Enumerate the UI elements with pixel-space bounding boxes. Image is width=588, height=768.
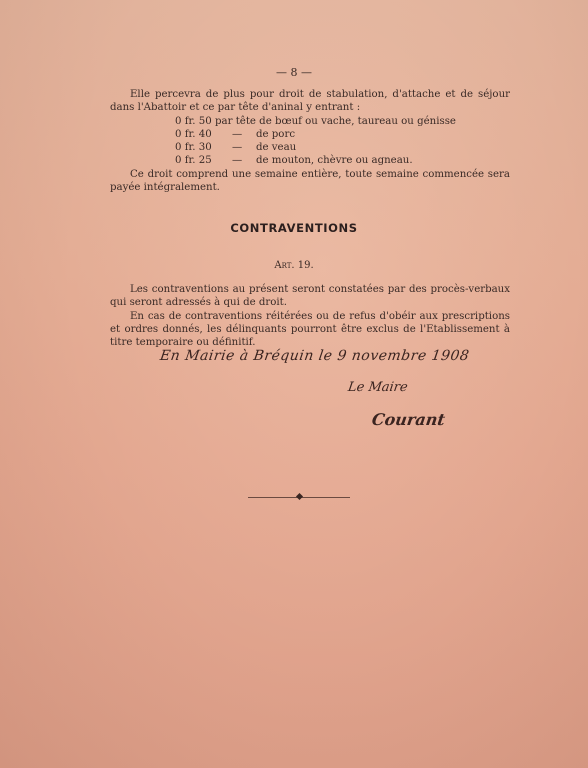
fee-amount: 0 fr. 40 <box>175 128 212 141</box>
fee-dash: — <box>232 141 242 154</box>
article-paragraph: En cas de contraventions réitérées ou de… <box>110 310 510 350</box>
handwritten-signature: Courant <box>371 410 447 429</box>
page-number: — 8 — <box>0 66 588 79</box>
fee-row: 0 fr. 50 par tête de bœuf ou vache, taur… <box>110 115 510 128</box>
fee-description: par tête de bœuf ou vache, taureau ou gé… <box>215 115 456 128</box>
closing-paragraph: Ce droit comprend une semaine entière, t… <box>110 168 510 195</box>
fee-row: 0 fr. 30 — de veau <box>110 141 510 154</box>
divider-ornament-icon <box>296 493 303 500</box>
handwritten-place-date: En Mairie à Bréquin le 9 novembre 1908 <box>159 348 470 364</box>
fee-amount: 0 fr. 25 <box>175 154 212 167</box>
fee-dash: — <box>232 128 242 141</box>
intro-paragraph: Elle percevra de plus pour droit de stab… <box>110 88 510 115</box>
article-block: Les contraventions au présent seront con… <box>110 283 510 349</box>
fee-description: de mouton, chèvre ou agneau. <box>256 154 413 167</box>
fee-amount: 0 fr. 50 <box>175 115 212 128</box>
fee-amount: 0 fr. 30 <box>175 141 212 154</box>
fee-row: 0 fr. 25 — de mouton, chèvre ou agneau. <box>110 154 510 167</box>
handwritten-title: Le Maire <box>347 380 409 395</box>
fee-description: de veau <box>256 141 296 154</box>
fee-row: 0 fr. 40 — de porc <box>110 128 510 141</box>
fee-dash: — <box>232 154 242 167</box>
article-paragraph: Les contraventions au présent seront con… <box>110 283 510 310</box>
intro-block: Elle percevra de plus pour droit de stab… <box>110 88 510 194</box>
section-heading: CONTRAVENTIONS <box>0 221 588 235</box>
fee-description: de porc <box>256 128 295 141</box>
article-number: Art. 19. <box>0 260 588 271</box>
